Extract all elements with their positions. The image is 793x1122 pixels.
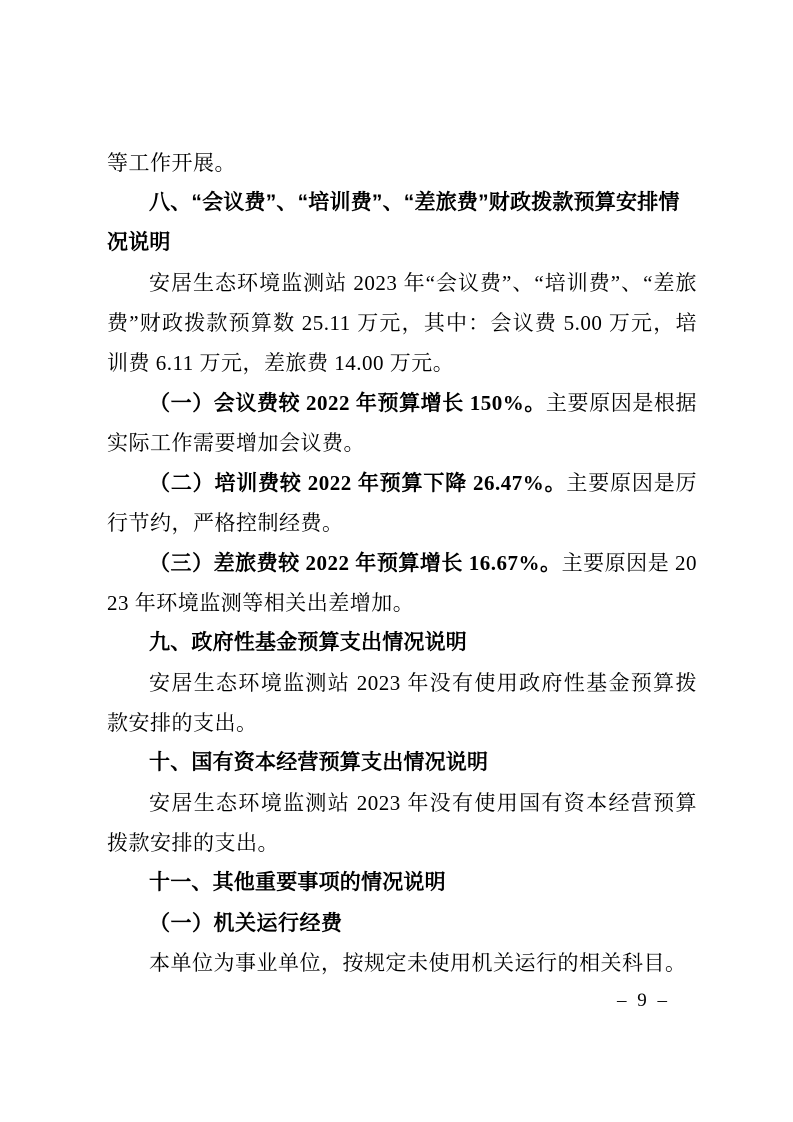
- section-heading-9: 九、政府性基金预算支出情况说明: [107, 623, 697, 663]
- paragraph-item-1-lead: （一）会议费较 2022 年预算增长 150%。: [149, 391, 546, 415]
- page-number: – 9 –: [617, 990, 670, 1012]
- paragraph-continuation: 等工作开展。: [107, 143, 697, 183]
- document-content: 等工作开展。 八、“会议费”、“培训费”、“差旅费”财政拨款预算安排情况说明 安…: [107, 143, 697, 983]
- section-heading-8: 八、“会议费”、“培训费”、“差旅费”财政拨款预算安排情况说明: [107, 183, 697, 263]
- paragraph-item-2-lead: （二）培训费较 2022 年预算下降 26.47%。: [149, 471, 566, 495]
- paragraph-state-capital: 安居生态环境监测站 2023 年没有使用国有资本经营预算拨款安排的支出。: [107, 783, 697, 863]
- paragraph-item-2: （二）培训费较 2022 年预算下降 26.47%。主要原因是厉行节约，严格控制…: [107, 463, 697, 543]
- paragraph-budget-summary: 安居生态环境监测站 2023 年“会议费”、“培训费”、“差旅费”财政拨款预算数…: [107, 263, 697, 383]
- document-page: 等工作开展。 八、“会议费”、“培训费”、“差旅费”财政拨款预算安排情况说明 安…: [0, 0, 793, 1122]
- paragraph-item-3: （三）差旅费较 2022 年预算增长 16.67%。主要原因是 2023 年环境…: [107, 543, 697, 623]
- paragraph-unit-note: 本单位为事业单位，按规定未使用机关运行的相关科目。: [107, 943, 697, 983]
- section-heading-11: 十一、其他重要事项的情况说明: [107, 863, 697, 903]
- paragraph-item-1: （一）会议费较 2022 年预算增长 150%。主要原因是根据实际工作需要增加会…: [107, 383, 697, 463]
- section-heading-10: 十、国有资本经营预算支出情况说明: [107, 743, 697, 783]
- paragraph-item-3-lead: （三）差旅费较 2022 年预算增长 16.67%。: [149, 551, 562, 575]
- paragraph-gov-fund: 安居生态环境监测站 2023 年没有使用政府性基金预算拨款安排的支出。: [107, 663, 697, 743]
- subsection-heading-operating-funds: （一）机关运行经费: [107, 903, 697, 943]
